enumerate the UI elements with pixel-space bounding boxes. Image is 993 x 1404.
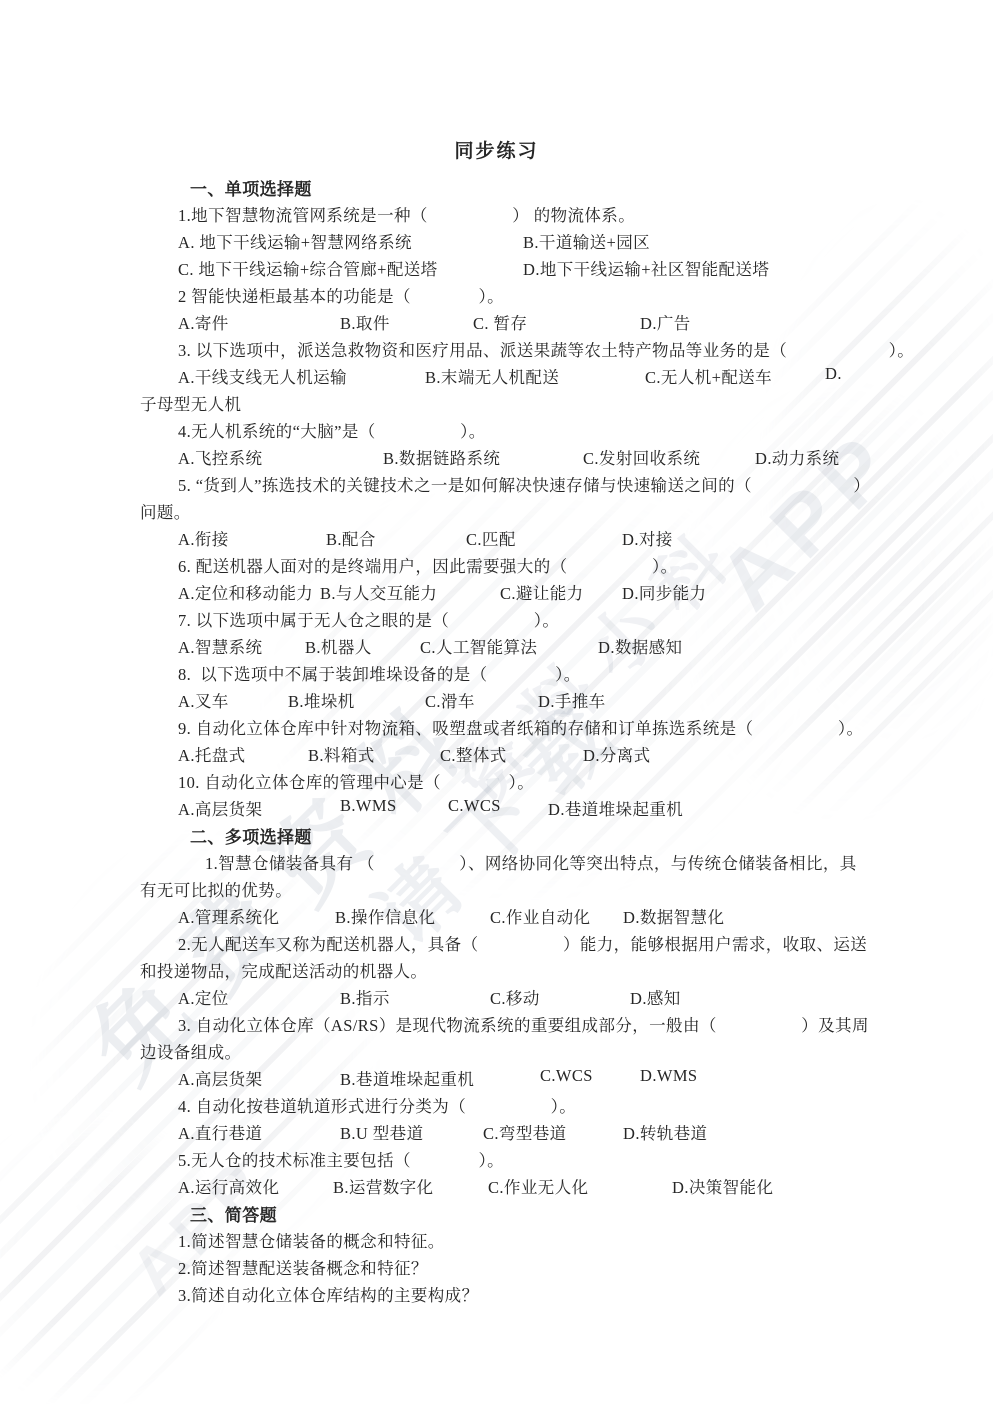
text-segment: D.对接 <box>622 526 673 550</box>
text-segment: A.飞控系统 <box>178 445 262 469</box>
text-segment: C.作业自动化 <box>490 904 590 928</box>
document-line: 8. 以下选项中不属于装卸堆垛设备的是（ ）。 <box>0 658 993 685</box>
document-line: 有无可比拟的优势。 <box>0 874 993 901</box>
document-line: 2 智能快递柜最基本的功能是（ ）。 <box>0 280 993 307</box>
document-line: 9. 自动化立体仓库中针对物流箱、吸塑盘或者纸箱的存储和订单拣选系统是（ ）。 <box>0 712 993 739</box>
document-line: 2.无人配送车又称为配送机器人，具备（ ）能力，能够根据用户需求，收取、运送 <box>0 928 993 955</box>
text-segment: C.整体式 <box>440 742 507 766</box>
text-segment: A.干线支线无人机运输 <box>178 364 347 388</box>
section-heading: 一、单项选择题 <box>0 172 993 199</box>
text-segment: 4. 自动化按巷道轨道形式进行分类为（ ）。 <box>178 1093 576 1117</box>
text-segment: 6. 配送机器人面对的是终端用户，因此需要强大的（ ）。 <box>178 553 678 577</box>
text-segment: 2 智能快递柜最基本的功能是（ ）。 <box>178 283 504 307</box>
document-line: 1.智慧仓储装备具有 （ ）、网络协同化等突出特点，与传统仓储装备相比，具 <box>0 847 993 874</box>
page-title: 同步练习 <box>0 136 993 163</box>
text-segment: B.配合 <box>326 526 376 550</box>
document-line: 5. “货到人”拣选技术的关键技术之一是如何解决快速存储与快速输送之间的（ ） <box>0 469 993 496</box>
text-segment: 2.无人配送车又称为配送机器人，具备（ ）能力，能够根据用户需求，收取、运送 <box>178 931 867 955</box>
text-segment: D.动力系统 <box>755 445 839 469</box>
text-segment: A.定位和移动能力 <box>178 580 313 604</box>
text-segment: A.衔接 <box>178 526 229 550</box>
document-line: A.智慧系统B.机器人C.人工智能算法D.数据感知 <box>0 631 993 658</box>
text-segment: D.分离式 <box>583 742 651 766</box>
document-lines: 一、单项选择题1.地下智慧物流管网系统是一种（ ） 的物流体系。A. 地下干线运… <box>0 172 993 1306</box>
text-segment: 3. 自动化立体仓库（AS/RS）是现代物流系统的重要组成部分，一般由（ ）及其… <box>178 1012 869 1036</box>
text-segment: A.托盘式 <box>178 742 246 766</box>
document-line: 问题。 <box>0 496 993 523</box>
document-line: A.飞控系统B.数据链路系统C.发射回收系统D.动力系统 <box>0 442 993 469</box>
document-line: A.运行高效化B.运营数字化C.作业无人化D.决策智能化 <box>0 1171 993 1198</box>
text-segment: D.巷道堆垛起重机 <box>548 796 683 820</box>
text-segment: D.手推车 <box>538 688 606 712</box>
text-segment: D.同步能力 <box>622 580 706 604</box>
document-line: C. 地下干线运输+综合管廊+配送塔D.地下干线运输+社区智能配送塔 <box>0 253 993 280</box>
text-segment: 边设备组成。 <box>140 1039 241 1063</box>
text-segment: C.发射回收系统 <box>583 445 700 469</box>
text-segment: D.广告 <box>640 310 691 334</box>
text-segment: C.滑车 <box>425 688 475 712</box>
text-segment: 4.无人机系统的“大脑”是（ ）。 <box>178 418 486 442</box>
document-line: A.定位和移动能力B.与人交互能力C.避让能力D.同步能力 <box>0 577 993 604</box>
text-segment: B.与人交互能力 <box>320 580 437 604</box>
text-segment: A.高层货架 <box>178 796 262 820</box>
section-heading: 三、简答题 <box>0 1198 993 1225</box>
text-segment: B.巷道堆垛起重机 <box>340 1066 474 1090</box>
text-segment: B.机器人 <box>305 634 372 658</box>
text-segment: 一、单项选择题 <box>190 175 312 200</box>
document-line: A.干线支线无人机运输B.末端无人机配送C.无人机+配送车D. <box>0 361 993 388</box>
text-segment: 1.智慧仓储装备具有 （ ）、网络协同化等突出特点，与传统仓储装备相比，具 <box>205 850 857 874</box>
text-segment: 和投递物品，完成配送活动的机器人。 <box>140 958 427 982</box>
document-line: 子母型无人机 <box>0 388 993 415</box>
text-segment: D.WMS <box>640 1066 697 1086</box>
text-segment: A.智慧系统 <box>178 634 262 658</box>
document-line: 1.简述智慧仓储装备的概念和特征。 <box>0 1225 993 1252</box>
text-segment: D.地下干线运输+社区智能配送塔 <box>523 256 769 280</box>
text-segment: C.匹配 <box>466 526 516 550</box>
text-segment: C.避让能力 <box>500 580 584 604</box>
text-segment: D.转轨巷道 <box>623 1120 707 1144</box>
document-line: 4.无人机系统的“大脑”是（ ）。 <box>0 415 993 442</box>
text-segment: A.叉车 <box>178 688 229 712</box>
text-segment: 子母型无人机 <box>140 391 241 415</box>
text-segment: 1.地下智慧物流管网系统是一种（ ） 的物流体系。 <box>178 202 635 226</box>
document-line: 6. 配送机器人面对的是终端用户，因此需要强大的（ ）。 <box>0 550 993 577</box>
document-line: 10. 自动化立体仓库的管理中心是（ ）。 <box>0 766 993 793</box>
text-segment: A.直行巷道 <box>178 1120 262 1144</box>
text-segment: D. <box>825 364 842 384</box>
text-segment: C.弯型巷道 <box>483 1120 567 1144</box>
text-segment: 8. 以下选项中不属于装卸堆垛设备的是（ ）。 <box>178 661 581 685</box>
document-line: A.托盘式B.料箱式C.整体式D.分离式 <box>0 739 993 766</box>
document-line: A.定位B.指示C.移动D.感知 <box>0 982 993 1009</box>
document-line: 3.简述自动化立体仓库结构的主要构成？ <box>0 1279 993 1306</box>
text-segment: C.WCS <box>540 1066 593 1086</box>
text-segment: 3. 以下选项中，派送急救物资和医疗用品、派送果蔬等农土特产物品等业务的是（ ）… <box>178 337 914 361</box>
document-page: 免费资料请下载资料小科APPAPP 同步练习 一、单项选择题1.地下智慧物流管网… <box>0 0 993 1404</box>
document-line: A.衔接B.配合C.匹配D.对接 <box>0 523 993 550</box>
document-line: A.管理系统化B.操作信息化C.作业自动化D.数据智慧化 <box>0 901 993 928</box>
document-line: 3. 以下选项中，派送急救物资和医疗用品、派送果蔬等农土特产物品等业务的是（ ）… <box>0 334 993 361</box>
text-segment: D.感知 <box>630 985 681 1009</box>
text-segment: 3.简述自动化立体仓库结构的主要构成？ <box>178 1282 478 1306</box>
text-segment: 2.简述智慧配送装备概念和特征？ <box>178 1255 428 1279</box>
text-segment: A.定位 <box>178 985 229 1009</box>
document-line: 3. 自动化立体仓库（AS/RS）是现代物流系统的重要组成部分，一般由（ ）及其… <box>0 1009 993 1036</box>
text-segment: C.人工智能算法 <box>420 634 537 658</box>
text-segment: C. 地下干线运输+综合管廊+配送塔 <box>178 256 438 280</box>
text-segment: 三、简答题 <box>190 1201 277 1226</box>
document-line: A.高层货架B.巷道堆垛起重机C.WCSD.WMS <box>0 1063 993 1090</box>
text-segment: B.数据链路系统 <box>383 445 500 469</box>
text-segment: B.运营数字化 <box>333 1174 433 1198</box>
section-heading: 二、多项选择题 <box>0 820 993 847</box>
document-line: A. 地下干线运输+智慧网络系统B.干道输送+园区 <box>0 226 993 253</box>
text-segment: D.数据智慧化 <box>623 904 724 928</box>
text-segment: A.高层货架 <box>178 1066 262 1090</box>
text-segment: B.操作信息化 <box>335 904 435 928</box>
text-segment: D.数据感知 <box>598 634 682 658</box>
text-segment: 5. “货到人”拣选技术的关键技术之一是如何解决快速存储与快速输送之间的（ ） <box>178 472 870 496</box>
text-segment: A. 地下干线运输+智慧网络系统 <box>178 229 412 253</box>
text-segment: 5.无人仓的技术标准主要包括（ ）。 <box>178 1147 504 1171</box>
document-line: 7. 以下选项中属于无人仓之眼的是（ ）。 <box>0 604 993 631</box>
document-line: 5.无人仓的技术标准主要包括（ ）。 <box>0 1144 993 1171</box>
text-segment: 10. 自动化立体仓库的管理中心是（ ）。 <box>178 769 534 793</box>
text-segment: 问题。 <box>140 499 191 523</box>
text-segment: C. 暂存 <box>473 310 527 334</box>
document-line: 4. 自动化按巷道轨道形式进行分类为（ ）。 <box>0 1090 993 1117</box>
text-segment: 9. 自动化立体仓库中针对物流箱、吸塑盘或者纸箱的存储和订单拣选系统是（ ）。 <box>178 715 863 739</box>
text-segment: C.移动 <box>490 985 540 1009</box>
text-segment: B.料箱式 <box>308 742 375 766</box>
text-segment: B.U 型巷道 <box>340 1120 423 1144</box>
text-segment: A.管理系统化 <box>178 904 279 928</box>
text-segment: 二、多项选择题 <box>190 823 312 848</box>
document-line: 边设备组成。 <box>0 1036 993 1063</box>
document-line: 1.地下智慧物流管网系统是一种（ ） 的物流体系。 <box>0 199 993 226</box>
text-segment: B.末端无人机配送 <box>425 364 559 388</box>
text-segment: C.作业无人化 <box>488 1174 588 1198</box>
text-segment: 有无可比拟的优势。 <box>140 877 292 901</box>
text-segment: A.运行高效化 <box>178 1174 279 1198</box>
text-segment: D.决策智能化 <box>672 1174 773 1198</box>
text-segment: B.取件 <box>340 310 390 334</box>
text-segment: 1.简述智慧仓储装备的概念和特征。 <box>178 1228 445 1252</box>
document-line: 2.简述智慧配送装备概念和特征？ <box>0 1252 993 1279</box>
text-segment: C.无人机+配送车 <box>645 364 772 388</box>
document-line: A.叉车B.堆垛机C.滑车D.手推车 <box>0 685 993 712</box>
text-segment: B.WMS <box>340 796 397 816</box>
document-line: A.直行巷道B.U 型巷道C.弯型巷道D.转轨巷道 <box>0 1117 993 1144</box>
text-segment: B.指示 <box>340 985 390 1009</box>
text-segment: A.寄件 <box>178 310 229 334</box>
document-line: A.寄件B.取件C. 暂存D.广告 <box>0 307 993 334</box>
text-segment: B.堆垛机 <box>288 688 355 712</box>
text-segment: B.干道输送+园区 <box>523 229 650 253</box>
document-line: A.高层货架B.WMSC.WCSD.巷道堆垛起重机 <box>0 793 993 820</box>
text-segment: C.WCS <box>448 796 501 816</box>
text-segment: 7. 以下选项中属于无人仓之眼的是（ ）。 <box>178 607 559 631</box>
document-line: 和投递物品，完成配送活动的机器人。 <box>0 955 993 982</box>
